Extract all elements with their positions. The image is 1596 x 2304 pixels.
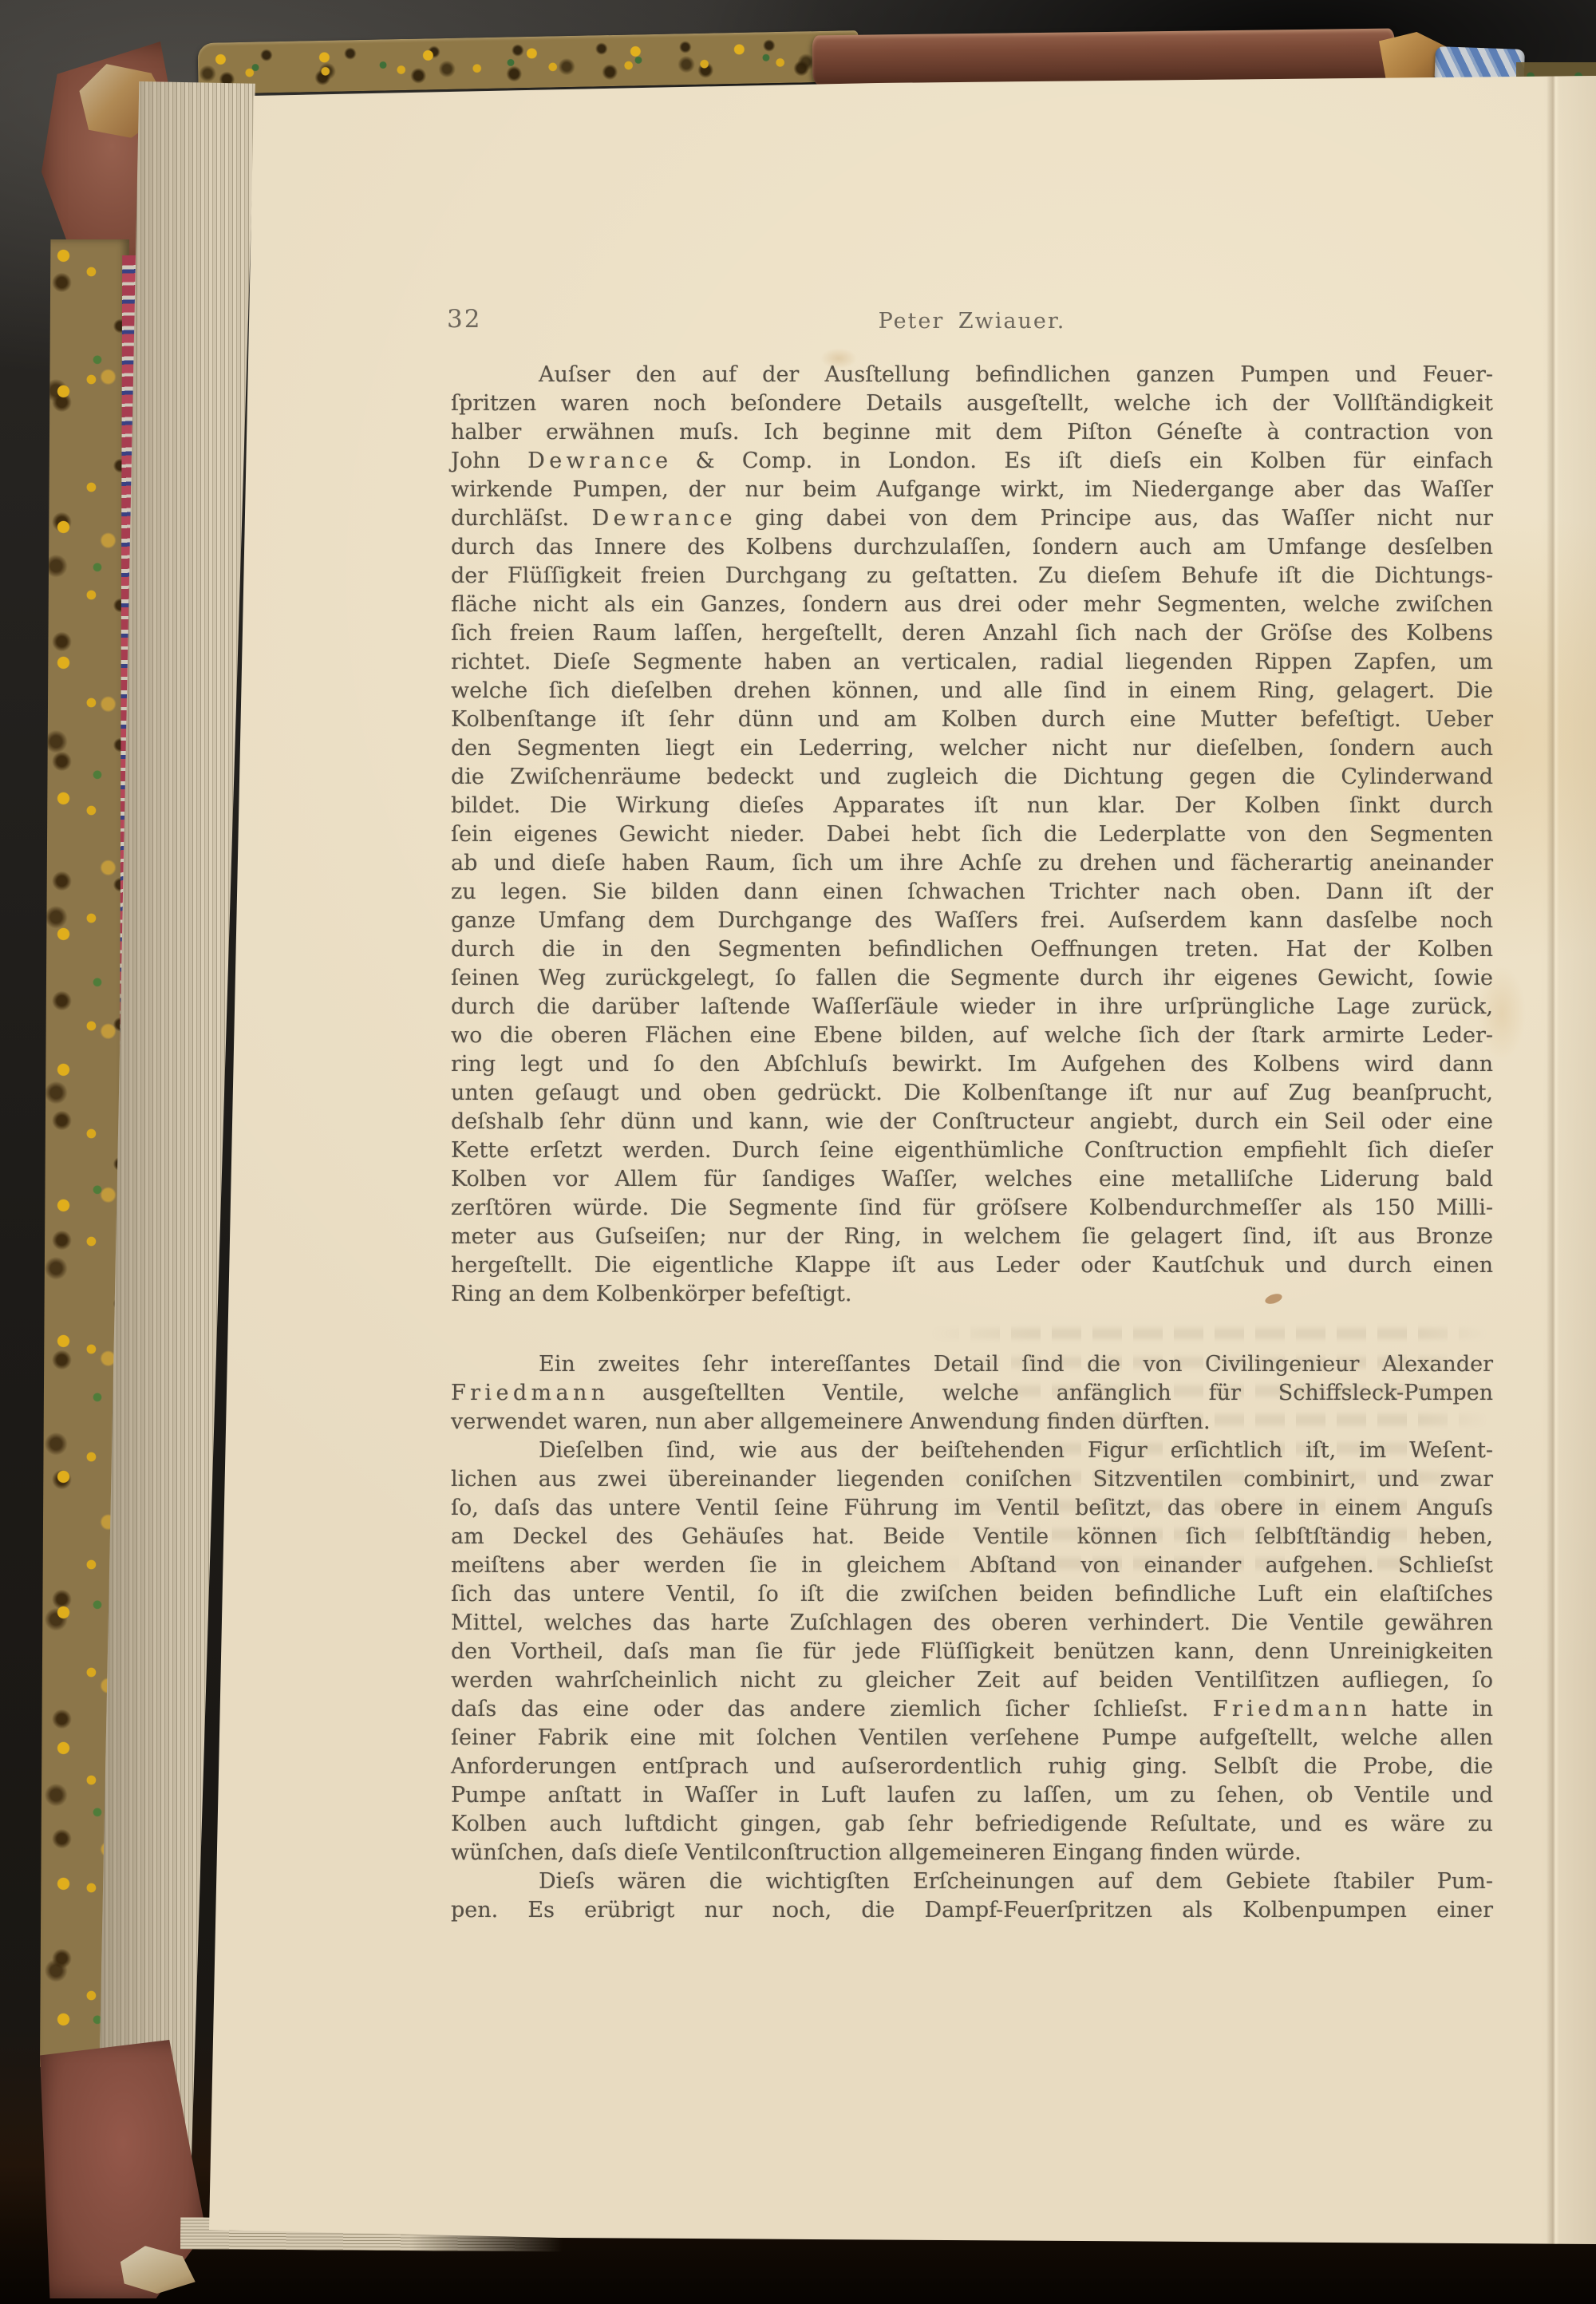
text-line: deſshalb ſehr dünn und kann, wie der Con… bbox=[451, 1108, 1493, 1136]
text-line: werden wahrſcheinlich nicht zu gleicher … bbox=[451, 1666, 1493, 1695]
text-line: ſeiner Fabrik eine mit ſolchen Ventilen … bbox=[451, 1724, 1493, 1753]
text-line: ſein eigenes Gewicht nieder. Dabei hebt … bbox=[451, 820, 1493, 849]
scanned-book-photo: 32 Peter Zwiauer. Auſser den auf der Aus… bbox=[0, 0, 1596, 2304]
text-line: wirkende Pumpen, der nur beim Aufgange w… bbox=[451, 476, 1493, 504]
text-line: hergeſtellt. Die eigentliche Klappe iſt … bbox=[451, 1251, 1493, 1280]
text-line: wo die oberen Flächen eine Ebene bilden,… bbox=[451, 1022, 1493, 1050]
text-line: ſo, daſs das untere Ventil ſeine Führung… bbox=[451, 1494, 1493, 1523]
text-line: zerſtören würde. Die Segmente ſind für g… bbox=[451, 1194, 1493, 1223]
paragraph: Dieſelben ſind, wie aus der beiſtehenden… bbox=[451, 1437, 1493, 1867]
text-line: ſeinen Weg zurückgelegt, ſo fallen die S… bbox=[451, 964, 1493, 993]
text-line: bildet. Die Wirkung dieſes Apparates iſt… bbox=[451, 792, 1493, 820]
text-line: halber erwähnen muſs. Ich beginne mit de… bbox=[451, 418, 1493, 447]
text-line: Ein zweites ſehr intereſſantes Detail ſi… bbox=[451, 1350, 1493, 1379]
paragraph: Dieſs wären die wichtigſten Erſcheinunge… bbox=[451, 1867, 1493, 1925]
text-line: F r i e d m a n n ausgeſtellten Ventile,… bbox=[451, 1379, 1493, 1408]
text-line: den Segmenten liegt ein Lederring, welch… bbox=[451, 734, 1493, 763]
text-line: durchläſst. D e w r a n c e ging dabei v… bbox=[451, 504, 1493, 533]
text-line: welche ſich dieſelben drehen können, und… bbox=[451, 677, 1493, 705]
text-line: ganze Umfang dem Durchgange des Waſſers … bbox=[451, 907, 1493, 935]
text-line: Auſser den auf der Ausſtellung befindlic… bbox=[451, 361, 1493, 389]
text-line: Kolben vor Allem für ſandiges Waſſer, we… bbox=[451, 1165, 1493, 1194]
running-header: Peter Zwiauer. bbox=[451, 309, 1493, 334]
text-line: ſich freien Raum laſſen, hergeſtellt, de… bbox=[451, 619, 1493, 648]
text-block: Auſser den auf der Ausſtellung befindlic… bbox=[451, 361, 1493, 1925]
paragraph: Ein zweites ſehr intereſſantes Detail ſi… bbox=[451, 1350, 1493, 1437]
text-line: Mittel, welches das harte Zuſchlagen des… bbox=[451, 1609, 1493, 1638]
text-line: Anforderungen entſprach und auſserordent… bbox=[451, 1753, 1493, 1781]
text-line: Ring an dem Kolbenkörper befeſtigt. bbox=[451, 1280, 1493, 1309]
text-line: fläche nicht als ein Ganzes, ſondern aus… bbox=[451, 591, 1493, 619]
text-line: ab und dieſe haben Raum, ſich um ihre Ac… bbox=[451, 849, 1493, 878]
text-line: wünſchen, daſs dieſe Ventilconſtruction … bbox=[451, 1839, 1493, 1867]
text-line: ſich das untere Ventil, ſo iſt die zwiſc… bbox=[451, 1580, 1493, 1609]
text-line: Kolbenſtange iſt ſehr dünn und am Kolben… bbox=[451, 705, 1493, 734]
text-line: meter aus Guſseiſen; nur der Ring, in we… bbox=[451, 1223, 1493, 1251]
text-line: daſs das eine oder das andere ziemlich ſ… bbox=[451, 1695, 1493, 1724]
text-line: durch die in den Segmenten befindlichen … bbox=[451, 935, 1493, 964]
text-line: zu legen. Sie bilden dann einen ſchwache… bbox=[451, 878, 1493, 907]
text-line: der Flüſſigkeit freien Durchgang zu geſt… bbox=[451, 562, 1493, 591]
text-line: Dieſs wären die wichtigſten Erſcheinunge… bbox=[451, 1867, 1493, 1896]
book-spine-leather-top bbox=[812, 29, 1396, 85]
text-line: unten geſaugt und oben gedrückt. Die Kol… bbox=[451, 1079, 1493, 1108]
text-line: die Zwiſchenräume bedeckt und zugleich d… bbox=[451, 763, 1493, 792]
paragraph: Auſser den auf der Ausſtellung befindlic… bbox=[451, 361, 1493, 1309]
text-line: Kolben auch luftdicht gingen, gab ſehr b… bbox=[451, 1810, 1493, 1839]
text-line: pen. Es erübrigt nur noch, die Dampf-Feu… bbox=[451, 1896, 1493, 1925]
text-line: Kette erſetzt werden. Durch ſeine eigent… bbox=[451, 1136, 1493, 1165]
gutter-crease bbox=[1547, 76, 1559, 2244]
text-line: durch das Innere des Kolbens durchzulaſſ… bbox=[451, 533, 1493, 562]
text-line: Pumpe anſtatt in Waſſer in Luft laufen z… bbox=[451, 1781, 1493, 1810]
text-line: ſpritzen waren noch beſondere Details au… bbox=[451, 389, 1493, 418]
text-line: am Deckel des Gehäuſes hat. Beide Ventil… bbox=[451, 1523, 1493, 1551]
text-line: John D e w r a n c e & Comp. in London. … bbox=[451, 447, 1493, 476]
text-line: ring legt und ſo den Abſchluſs bewirkt. … bbox=[451, 1050, 1493, 1079]
text-line: verwendet waren, nun aber allgemeinere A… bbox=[451, 1408, 1493, 1437]
text-line: lichen aus zwei übereinander liegenden c… bbox=[451, 1465, 1493, 1494]
text-line: meiſtens aber werden ſie in gleichem Abſ… bbox=[451, 1551, 1493, 1580]
text-line: den Vortheil, daſs man ſie für jede Flüſ… bbox=[451, 1638, 1493, 1666]
text-line: durch die darüber laſtende Waſſerſäule w… bbox=[451, 993, 1493, 1022]
text-line: Dieſelben ſind, wie aus der beiſtehenden… bbox=[451, 1437, 1493, 1465]
text-line: richtet. Dieſe Segmente haben an vertica… bbox=[451, 648, 1493, 677]
